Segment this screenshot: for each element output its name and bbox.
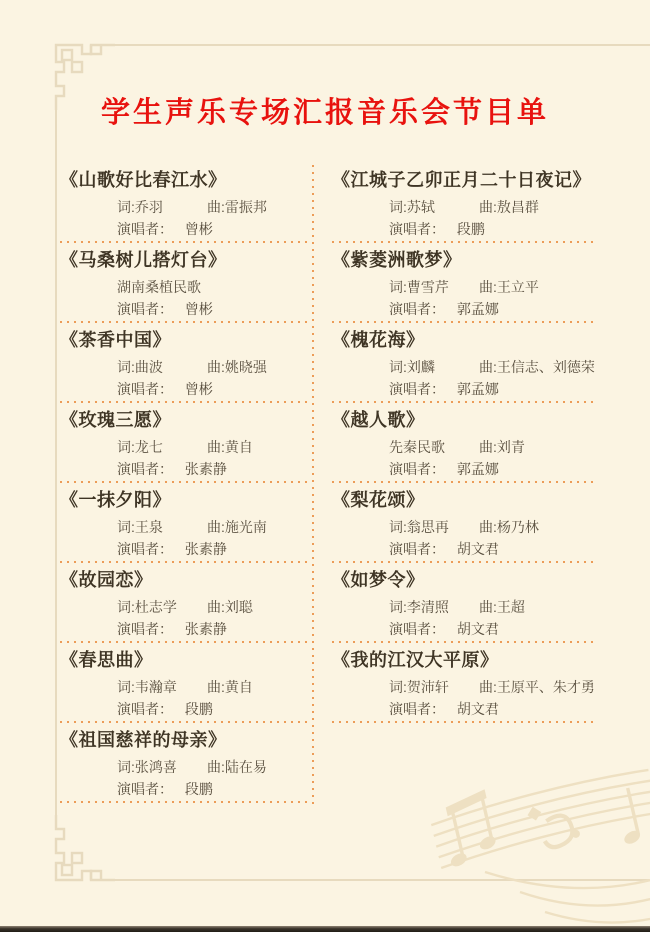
performer-line: 演唱者： 段鹏 bbox=[60, 781, 310, 798]
performer-name: 曾彬 bbox=[185, 301, 213, 317]
song-credits: 词:刘麟 曲:王信志、刘德荣 bbox=[332, 359, 594, 376]
performer-label: 演唱者： bbox=[117, 701, 173, 717]
performer-line: 演唱者： 曾彬 bbox=[60, 381, 310, 398]
dotted-separator bbox=[60, 801, 310, 803]
performer-label: 演唱者： bbox=[117, 541, 173, 557]
song-credits: 词:乔羽 曲:雷振邦 bbox=[60, 199, 310, 216]
program-column-right: 《江城子乙卯正月二十日夜记》 词:苏轼 曲:敖昌群 演唱者： 段鹏 《紫菱洲歌梦… bbox=[332, 163, 594, 723]
program-item: 《我的江汉大平原》 词:贺沛轩 曲:王原平、朱才勇 演唱者： 胡文君 bbox=[332, 643, 594, 723]
performer-name: 段鹏 bbox=[457, 221, 485, 237]
song-credits: 词:苏轼 曲:敖昌群 bbox=[332, 199, 594, 216]
program-item: 《春思曲》 词:韦瀚章 曲:黄自 演唱者： 段鹏 bbox=[60, 643, 310, 723]
performer-name: 胡文君 bbox=[457, 701, 499, 717]
performer-line: 演唱者： 张素静 bbox=[60, 621, 310, 638]
performer-line: 演唱者： 段鹏 bbox=[60, 701, 310, 718]
lyricist-credit: 词:苏轼 bbox=[389, 199, 479, 216]
lyricist-credit: 词:王泉 bbox=[117, 519, 207, 536]
program-item: 《马桑树儿搭灯台》 湖南桑植民歌 演唱者： 曾彬 bbox=[60, 243, 310, 323]
song-title: 《茶香中国》 bbox=[60, 323, 310, 352]
performer-line: 演唱者： 张素静 bbox=[60, 541, 310, 558]
composer-credit: 曲:姚晓强 bbox=[207, 359, 267, 376]
composer-credit: 曲:王原平、朱才勇 bbox=[479, 679, 595, 696]
composer-credit: 曲:施光南 bbox=[207, 519, 267, 536]
performer-label: 演唱者： bbox=[389, 541, 445, 557]
performer-name: 曾彬 bbox=[185, 221, 213, 237]
performer-name: 郭孟娜 bbox=[457, 381, 499, 397]
performer-line: 演唱者： 段鹏 bbox=[332, 221, 594, 238]
performer-label: 演唱者： bbox=[389, 381, 445, 397]
lyricist-credit: 词:乔羽 bbox=[117, 199, 207, 216]
program-item: 《梨花颂》 词:翁思再 曲:杨乃林 演唱者： 胡文君 bbox=[332, 483, 594, 563]
performer-name: 张素静 bbox=[185, 461, 227, 477]
song-credits: 先秦民歌 曲:刘青 bbox=[332, 439, 594, 456]
fret-corner-icon bbox=[45, 815, 115, 885]
program-item: 《江城子乙卯正月二十日夜记》 词:苏轼 曲:敖昌群 演唱者： 段鹏 bbox=[332, 163, 594, 243]
song-title: 《祖国慈祥的母亲》 bbox=[60, 723, 310, 752]
composer-credit: 曲:王超 bbox=[479, 599, 525, 616]
performer-line: 演唱者： 曾彬 bbox=[60, 301, 310, 318]
song-credits: 词:王泉 曲:施光南 bbox=[60, 519, 310, 536]
song-title: 《紫菱洲歌梦》 bbox=[332, 243, 594, 272]
composer-credit: 曲:黄自 bbox=[207, 679, 253, 696]
song-credits: 词:贺沛轩 曲:王原平、朱才勇 bbox=[332, 679, 594, 696]
lyricist-credit: 词:曹雪芹 bbox=[389, 279, 479, 296]
song-title: 《玫瑰三愿》 bbox=[60, 403, 310, 432]
lyricist-credit: 湖南桑植民歌 bbox=[117, 279, 207, 296]
lyricist-credit: 先秦民歌 bbox=[389, 439, 479, 456]
concert-program-page: 学生声乐专场汇报音乐会节目单 《山歌好比春江水》 词:乔羽 曲:雷振邦 演唱者：… bbox=[0, 0, 650, 932]
performer-label: 演唱者： bbox=[389, 221, 445, 237]
performer-label: 演唱者： bbox=[389, 461, 445, 477]
song-title: 《梨花颂》 bbox=[332, 483, 594, 512]
program-item: 《祖国慈祥的母亲》 词:张鸿喜 曲:陆在易 演唱者： 段鹏 bbox=[60, 723, 310, 803]
frame-left-line bbox=[55, 104, 57, 816]
page-title: 学生声乐专场汇报音乐会节目单 bbox=[0, 90, 650, 131]
performer-line: 演唱者： 郭孟娜 bbox=[332, 381, 594, 398]
performer-line: 演唱者： 张素静 bbox=[60, 461, 310, 478]
program-item: 《越人歌》 先秦民歌 曲:刘青 演唱者： 郭孟娜 bbox=[332, 403, 594, 483]
performer-line: 演唱者： 曾彬 bbox=[60, 221, 310, 238]
song-credits: 词:翁思再 曲:杨乃林 bbox=[332, 519, 594, 536]
performer-name: 曾彬 bbox=[185, 381, 213, 397]
composer-credit: 曲:刘青 bbox=[479, 439, 525, 456]
lyricist-credit: 词:刘麟 bbox=[389, 359, 479, 376]
performer-label: 演唱者： bbox=[117, 621, 173, 637]
performer-label: 演唱者： bbox=[117, 221, 173, 237]
song-title: 《越人歌》 bbox=[332, 403, 594, 432]
song-credits: 词:张鸿喜 曲:陆在易 bbox=[60, 759, 310, 776]
composer-credit: 曲:王信志、刘德荣 bbox=[479, 359, 595, 376]
performer-name: 段鹏 bbox=[185, 701, 213, 717]
performer-line: 演唱者： 胡文君 bbox=[332, 541, 594, 558]
song-title: 《我的江汉大平原》 bbox=[332, 643, 594, 672]
performer-name: 张素静 bbox=[185, 541, 227, 557]
performer-name: 郭孟娜 bbox=[457, 301, 499, 317]
performer-label: 演唱者： bbox=[117, 301, 173, 317]
composer-credit: 曲:王立平 bbox=[479, 279, 539, 296]
lyricist-credit: 词:杜志学 bbox=[117, 599, 207, 616]
song-credits: 词:李清照 曲:王超 bbox=[332, 599, 594, 616]
song-credits: 词:韦瀚章 曲:黄自 bbox=[60, 679, 310, 696]
composer-credit: 曲:敖昌群 bbox=[479, 199, 539, 216]
composer-credit: 曲:陆在易 bbox=[207, 759, 267, 776]
lyricist-credit: 词:翁思再 bbox=[389, 519, 479, 536]
performer-line: 演唱者： 胡文君 bbox=[332, 701, 594, 718]
performer-name: 张素静 bbox=[185, 621, 227, 637]
composer-credit: 曲:杨乃林 bbox=[479, 519, 539, 536]
song-title: 《江城子乙卯正月二十日夜记》 bbox=[332, 163, 594, 192]
performer-label: 演唱者： bbox=[389, 701, 445, 717]
song-title: 《槐花海》 bbox=[332, 323, 594, 352]
program-item: 《玫瑰三愿》 词:龙七 曲:黄自 演唱者： 张素静 bbox=[60, 403, 310, 483]
song-title: 《一抹夕阳》 bbox=[60, 483, 310, 512]
composer-credit: 曲:黄自 bbox=[207, 439, 253, 456]
dotted-separator bbox=[332, 721, 594, 723]
lyricist-credit: 词:曲波 bbox=[117, 359, 207, 376]
song-title: 《马桑树儿搭灯台》 bbox=[60, 243, 310, 272]
program-item: 《如梦令》 词:李清照 曲:王超 演唱者： 胡文君 bbox=[332, 563, 594, 643]
song-credits: 湖南桑植民歌 bbox=[60, 279, 310, 296]
performer-label: 演唱者： bbox=[117, 461, 173, 477]
performer-label: 演唱者： bbox=[389, 621, 445, 637]
performer-name: 段鹏 bbox=[185, 781, 213, 797]
lyricist-credit: 词:张鸿喜 bbox=[117, 759, 207, 776]
program-column-left: 《山歌好比春江水》 词:乔羽 曲:雷振邦 演唱者： 曾彬 《马桑树儿搭灯台》 湖… bbox=[60, 163, 310, 803]
performer-label: 演唱者： bbox=[389, 301, 445, 317]
program-item: 《紫菱洲歌梦》 词:曹雪芹 曲:王立平 演唱者： 郭孟娜 bbox=[332, 243, 594, 323]
song-title: 《如梦令》 bbox=[332, 563, 594, 592]
composer-credit: 曲:刘聪 bbox=[207, 599, 253, 616]
program-item: 《故园恋》 词:杜志学 曲:刘聪 演唱者： 张素静 bbox=[60, 563, 310, 643]
program-item: 《槐花海》 词:刘麟 曲:王信志、刘德荣 演唱者： 郭孟娜 bbox=[332, 323, 594, 403]
frame-top-line bbox=[110, 44, 650, 46]
performer-name: 郭孟娜 bbox=[457, 461, 499, 477]
lyricist-credit: 词:李清照 bbox=[389, 599, 479, 616]
program-item: 《一抹夕阳》 词:王泉 曲:施光南 演唱者： 张素静 bbox=[60, 483, 310, 563]
performer-line: 演唱者： 郭孟娜 bbox=[332, 301, 594, 318]
song-title: 《春思曲》 bbox=[60, 643, 310, 672]
performer-label: 演唱者： bbox=[117, 781, 173, 797]
song-credits: 词:杜志学 曲:刘聪 bbox=[60, 599, 310, 616]
program-item: 《山歌好比春江水》 词:乔羽 曲:雷振邦 演唱者： 曾彬 bbox=[60, 163, 310, 243]
lyricist-credit: 词:贺沛轩 bbox=[389, 679, 479, 696]
song-title: 《故园恋》 bbox=[60, 563, 310, 592]
song-credits: 词:龙七 曲:黄自 bbox=[60, 439, 310, 456]
performer-name: 胡文君 bbox=[457, 621, 499, 637]
performer-line: 演唱者： 郭孟娜 bbox=[332, 461, 594, 478]
song-credits: 词:曹雪芹 曲:王立平 bbox=[332, 279, 594, 296]
song-title: 《山歌好比春江水》 bbox=[60, 163, 310, 192]
song-credits: 词:曲波 曲:姚晓强 bbox=[60, 359, 310, 376]
music-notes-watermark-icon bbox=[430, 762, 650, 930]
composer-credit: 曲:雷振邦 bbox=[207, 199, 267, 216]
column-divider-dotted bbox=[312, 165, 314, 805]
program-item: 《茶香中国》 词:曲波 曲:姚晓强 演唱者： 曾彬 bbox=[60, 323, 310, 403]
lyricist-credit: 词:韦瀚章 bbox=[117, 679, 207, 696]
lyricist-credit: 词:龙七 bbox=[117, 439, 207, 456]
performer-line: 演唱者： 胡文君 bbox=[332, 621, 594, 638]
performer-label: 演唱者： bbox=[117, 381, 173, 397]
footer-dark-bar bbox=[0, 926, 650, 932]
performer-name: 胡文君 bbox=[457, 541, 499, 557]
